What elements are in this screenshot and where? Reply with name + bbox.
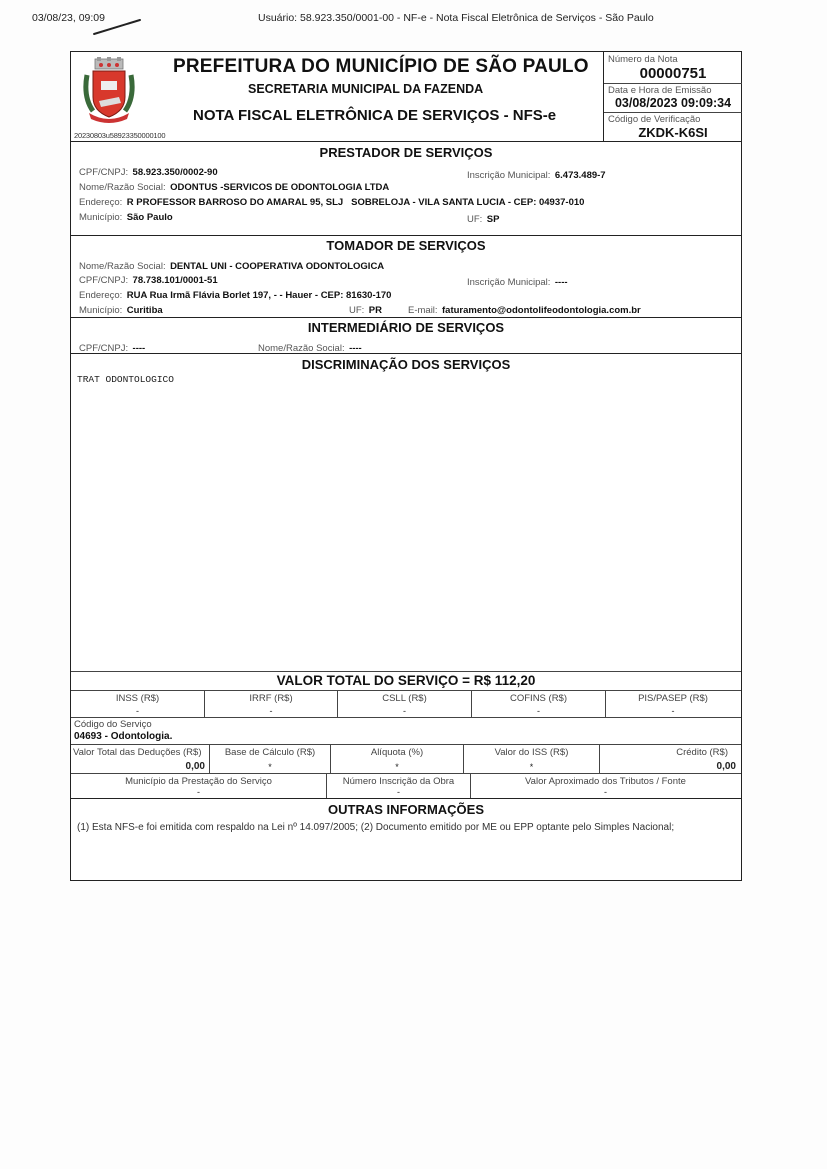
retencoes-cell: CSLL (R$)- <box>338 691 472 717</box>
tomador-email-label: E-mail: <box>408 305 438 316</box>
codigo-servico-label: Código do Serviço <box>74 719 152 730</box>
calculo-row: Valor Total das Deduções (R$)0,00Base de… <box>71 745 741 773</box>
tomador-uf-label: UF: <box>349 305 364 316</box>
outras-text: (1) Esta NFS-e foi emitida com respaldo … <box>77 821 727 834</box>
prestador-section: PRESTADOR DE SERVIÇOS CPF/CNPJ: 58.923.3… <box>71 142 741 235</box>
calculo-label: Valor do ISS (R$) <box>464 747 599 758</box>
intermediario-title: INTERMEDIÁRIO DE SERVIÇOS <box>71 320 741 335</box>
obra-value: - <box>71 787 326 797</box>
tomador-title: TOMADOR DE SERVIÇOS <box>71 238 741 253</box>
calculo-label: Crédito (R$) <box>600 747 740 758</box>
tomador-municipio-label: Município: <box>79 305 122 316</box>
prestador-im-label: Inscrição Municipal: <box>467 170 550 181</box>
obra-value: - <box>327 787 470 797</box>
calculo-value: * <box>331 762 463 772</box>
calculo-label: Alíquota (%) <box>331 747 463 758</box>
numero-label: Número da Nota <box>608 54 678 65</box>
emissao-label: Data e Hora de Emissão <box>608 85 712 96</box>
nfse-document: 20230803u58923350000100 PREFEITURA DO MU… <box>70 51 742 881</box>
outras-title: OUTRAS INFORMAÇÕES <box>71 802 741 817</box>
obra-label: Número Inscrição da Obra <box>327 776 470 787</box>
print-user-line: Usuário: 58.923.350/0001-00 - NF-e - Not… <box>258 12 654 24</box>
calculo-cell: Crédito (R$)0,00 <box>600 745 740 773</box>
tomador-uf: PR <box>369 305 382 316</box>
tomador-im-label: Inscrição Municipal: <box>467 277 550 288</box>
verificacao-value: ZKDK-K6SI <box>604 125 742 140</box>
calculo-value: * <box>464 762 599 772</box>
coat-of-arms-icon <box>81 57 137 127</box>
document-header: 20230803u58923350000100 PREFEITURA DO MU… <box>71 52 741 142</box>
codigo-servico-value: 04693 - Odontologia. <box>74 731 172 742</box>
obra-row: Município da Prestação do Serviço-Número… <box>71 774 741 798</box>
print-date: 03/08/23, 09:09 <box>32 12 105 24</box>
retencoes-label: PIS/PASEP (R$) <box>606 693 740 704</box>
page-subtitle: SECRETARIA MUNICIPAL DA FAZENDA <box>248 82 483 96</box>
discriminacao-title: DISCRIMINAÇÃO DOS SERVIÇOS <box>71 357 741 372</box>
obra-label: Município da Prestação do Serviço <box>71 776 326 787</box>
discriminacao-section: DISCRIMINAÇÃO DOS SERVIÇOS TRAT ODONTOLO… <box>71 354 741 672</box>
prestador-im: 6.473.489-7 <box>555 170 606 181</box>
outras-section: OUTRAS INFORMAÇÕES (1) Esta NFS-e foi em… <box>71 799 741 879</box>
obra-label: Valor Aproximado dos Tributos / Fonte <box>471 776 740 787</box>
document-type: NOTA FISCAL ELETRÔNICA DE SERVIÇOS - NFS… <box>193 107 556 124</box>
numero-value: 00000751 <box>604 65 742 82</box>
logo-code: 20230803u58923350000100 <box>74 131 165 140</box>
retencoes-cell: IRRF (R$)- <box>205 691 338 717</box>
prestador-uf-label: UF: <box>467 214 482 225</box>
retencoes-row: INSS (R$)-IRRF (R$)-CSLL (R$)-COFINS (R$… <box>71 691 741 717</box>
retencoes-cell: INSS (R$)- <box>71 691 205 717</box>
calculo-cell: Alíquota (%)* <box>331 745 464 773</box>
retencoes-cell: PIS/PASEP (R$)- <box>606 691 740 717</box>
retencoes-value: - <box>472 706 605 716</box>
obra-cell: Município da Prestação do Serviço- <box>71 774 327 798</box>
tomador-email: faturamento@odontolifeodontologia.com.br <box>442 305 641 316</box>
calculo-label: Base de Cálculo (R$) <box>210 747 330 758</box>
prestador-endereco: R PROFESSOR BARROSO DO AMARAL 95, SLJ SO… <box>127 197 585 208</box>
retencoes-label: CSLL (R$) <box>338 693 471 704</box>
retencoes-cell: COFINS (R$)- <box>472 691 606 717</box>
prestador-title: PRESTADOR DE SERVIÇOS <box>71 145 741 160</box>
retencoes-label: IRRF (R$) <box>205 693 337 704</box>
note-info-box: Número da Nota 00000751 Data e Hora de E… <box>603 52 742 141</box>
retencoes-value: - <box>606 706 740 716</box>
calculo-cell: Base de Cálculo (R$)* <box>210 745 331 773</box>
retencoes-value: - <box>338 706 471 716</box>
calculo-cell: Valor do ISS (R$)* <box>464 745 600 773</box>
intermediario-section: INTERMEDIÁRIO DE SERVIÇOS CPF/CNPJ: ----… <box>71 318 741 353</box>
verificacao-label: Código de Verificação <box>608 114 700 125</box>
tomador-municipio: Curitiba <box>127 305 163 316</box>
calculo-value: 0,00 <box>600 761 740 772</box>
discriminacao-text: TRAT ODONTOLOGICO <box>77 374 174 385</box>
retencoes-label: COFINS (R$) <box>472 693 605 704</box>
retencoes-value: - <box>205 706 337 716</box>
tomador-section: TOMADOR DE SERVIÇOS Nome/Razão Social: D… <box>71 236 741 316</box>
valor-total: VALOR TOTAL DO SERVIÇO = R$ 112,20 <box>71 673 741 688</box>
prestador-municipio-label: Município: <box>79 212 122 223</box>
retencoes-label: INSS (R$) <box>71 693 204 704</box>
calculo-value: * <box>210 762 330 772</box>
emissao-value: 03/08/2023 09:09:34 <box>604 96 742 110</box>
tomador-im: ---- <box>555 277 568 288</box>
prestador-uf: SP <box>487 214 500 225</box>
calculo-cell: Valor Total das Deduções (R$)0,00 <box>71 745 210 773</box>
calculo-value: 0,00 <box>71 761 209 772</box>
page-title: PREFEITURA DO MUNICÍPIO DE SÃO PAULO <box>173 56 589 78</box>
obra-cell: Número Inscrição da Obra- <box>327 774 471 798</box>
calculo-label: Valor Total das Deduções (R$) <box>71 747 209 758</box>
obra-value: - <box>471 787 740 797</box>
prestador-municipio: São Paulo <box>127 212 173 223</box>
codigo-servico-section: Código do Serviço 04693 - Odontologia. <box>71 718 741 744</box>
obra-cell: Valor Aproximado dos Tributos / Fonte- <box>471 774 740 798</box>
retencoes-value: - <box>71 706 204 716</box>
